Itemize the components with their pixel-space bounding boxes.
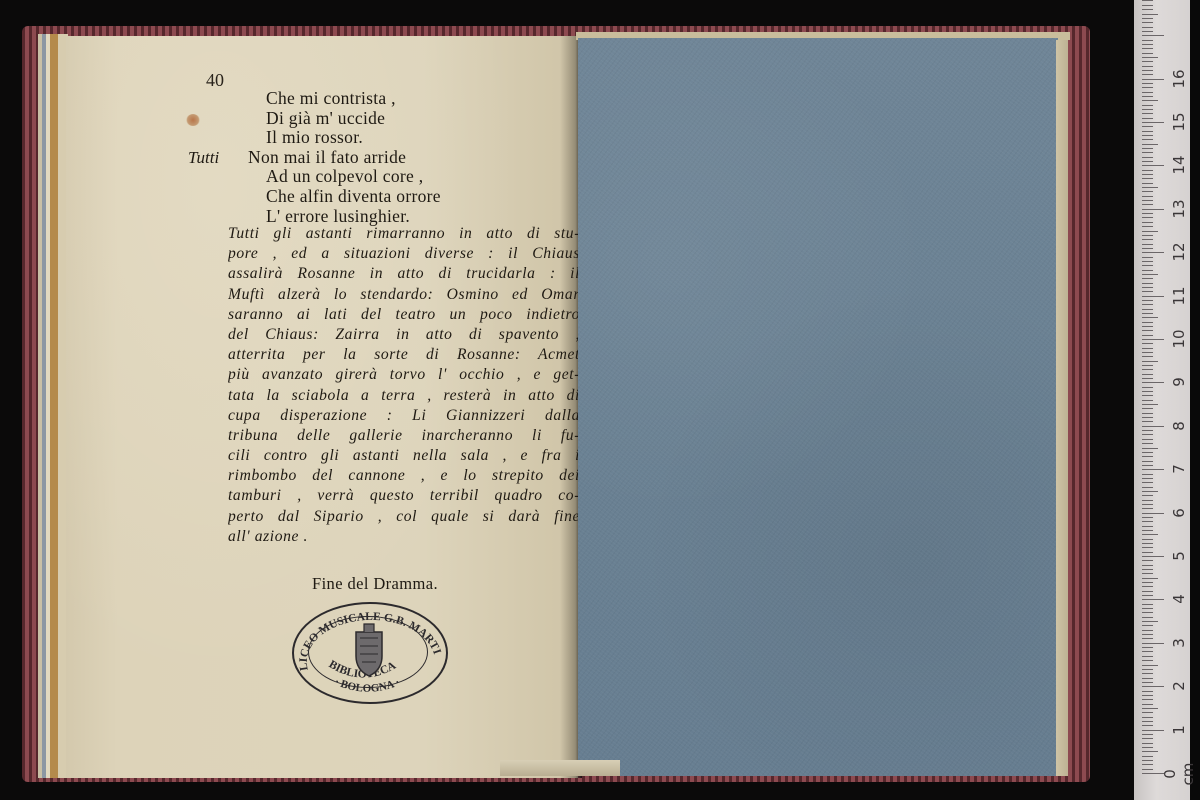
library-stamp: LICEO MUSICALE G.B. MARTINI BIBLIOTECA ·… bbox=[292, 602, 448, 704]
ruler-label: 7 bbox=[1170, 454, 1188, 484]
ruler-tick bbox=[1142, 226, 1153, 227]
ruler-tick bbox=[1142, 764, 1153, 765]
ruler-tick bbox=[1142, 296, 1164, 297]
ruler-tick bbox=[1142, 261, 1153, 262]
ruler-tick bbox=[1142, 252, 1164, 253]
ruler-tick bbox=[1142, 44, 1153, 45]
ruler-tick bbox=[1142, 634, 1153, 635]
ruler-tick bbox=[1142, 578, 1158, 579]
ruler-tick bbox=[1142, 608, 1153, 609]
ruler-tick bbox=[1142, 235, 1153, 236]
ruler-tick bbox=[1142, 747, 1153, 748]
ruler-tick bbox=[1142, 361, 1158, 362]
ruler-tick bbox=[1142, 200, 1153, 201]
ruler-tick bbox=[1142, 0, 1153, 1]
ruler-tick bbox=[1142, 14, 1158, 15]
ruler-tick bbox=[1142, 721, 1153, 722]
stage-direction-line: assalirà Rosanne in atto di trucidarla :… bbox=[228, 264, 580, 284]
ruler-tick bbox=[1142, 374, 1153, 375]
ruler-tick bbox=[1142, 612, 1153, 613]
ruler-tick bbox=[1142, 74, 1153, 75]
stage-direction-line: cupa disperazione : Li Giannizzeri dalla bbox=[228, 406, 580, 426]
ruler-tick bbox=[1142, 122, 1164, 123]
ruler-label: 8 bbox=[1170, 411, 1188, 441]
ruler-tick bbox=[1142, 487, 1153, 488]
page-stack-edge bbox=[38, 34, 68, 778]
ruler-tick bbox=[1142, 244, 1153, 245]
ruler-tick bbox=[1142, 109, 1153, 110]
ruler-tick bbox=[1142, 465, 1153, 466]
ruler-tick bbox=[1142, 191, 1153, 192]
stage-direction-line: rimbombo del cannone , e lo strepito dei bbox=[228, 466, 580, 486]
ruler-tick bbox=[1142, 704, 1153, 705]
ruler-tick bbox=[1142, 291, 1153, 292]
ruler-label: 12 bbox=[1170, 237, 1188, 267]
ruler-tick bbox=[1142, 452, 1153, 453]
ruler-tick bbox=[1142, 183, 1153, 184]
ruler-tick bbox=[1142, 630, 1153, 631]
ruler-tick bbox=[1142, 461, 1153, 462]
ruler-tick bbox=[1142, 352, 1153, 353]
ruler-tick bbox=[1142, 231, 1158, 232]
ruler-tick bbox=[1142, 83, 1153, 84]
ruler-tick bbox=[1142, 100, 1158, 101]
ruler-tick bbox=[1142, 660, 1153, 661]
ruler-tick bbox=[1142, 31, 1153, 32]
verse-line: Che mi contrista , bbox=[266, 88, 396, 109]
ruler-label: 4 bbox=[1170, 584, 1188, 614]
ruler-tick bbox=[1142, 105, 1153, 106]
ruler-tick bbox=[1142, 404, 1158, 405]
ruler-tick bbox=[1142, 691, 1153, 692]
ruler-tick bbox=[1142, 322, 1153, 323]
ruler-tick bbox=[1142, 96, 1153, 97]
closing-line: Fine del Dramma. bbox=[312, 574, 438, 594]
ruler-tick bbox=[1142, 157, 1153, 158]
ruler-tick bbox=[1142, 421, 1153, 422]
ruler-tick bbox=[1142, 743, 1153, 744]
ruler-tick bbox=[1142, 513, 1164, 514]
ruler-tick bbox=[1142, 478, 1153, 479]
ruler-tick bbox=[1142, 22, 1153, 23]
ruler-tick bbox=[1142, 387, 1153, 388]
ruler-tick bbox=[1142, 382, 1164, 383]
ruler-tick bbox=[1142, 565, 1153, 566]
ruler-tick bbox=[1142, 560, 1153, 561]
ruler-tick bbox=[1142, 304, 1153, 305]
ruler-tick bbox=[1142, 734, 1153, 735]
ruler-tick bbox=[1142, 92, 1153, 93]
ruler-tick bbox=[1142, 582, 1153, 583]
ruler-tick bbox=[1142, 543, 1153, 544]
ruler-tick bbox=[1142, 5, 1153, 6]
ruler-tick bbox=[1142, 131, 1153, 132]
ruler-tick bbox=[1142, 408, 1153, 409]
ruler-label: 14 bbox=[1170, 150, 1188, 180]
ruler-label: 0 cm bbox=[1161, 759, 1197, 789]
ruler-label: 2 bbox=[1170, 671, 1188, 701]
ruler-tick bbox=[1142, 617, 1153, 618]
ruler-tick bbox=[1142, 217, 1153, 218]
ruler-label: 16 bbox=[1170, 64, 1188, 94]
ruler-shadow bbox=[1190, 0, 1200, 800]
ruler-tick bbox=[1142, 257, 1153, 258]
ruler-tick bbox=[1142, 348, 1153, 349]
ruler-tick bbox=[1142, 18, 1153, 19]
ruler-tick bbox=[1142, 369, 1153, 370]
ruler-tick bbox=[1142, 66, 1153, 67]
ruler-tick bbox=[1142, 534, 1158, 535]
ruler-tick bbox=[1142, 300, 1153, 301]
ruler-tick bbox=[1142, 395, 1153, 396]
ruler-tick bbox=[1142, 495, 1153, 496]
ruler-tick bbox=[1142, 591, 1153, 592]
ruler-tick bbox=[1142, 378, 1153, 379]
ruler-tick bbox=[1142, 760, 1153, 761]
ruler-tick bbox=[1142, 717, 1153, 718]
ruler-tick bbox=[1142, 604, 1153, 605]
ruler-label: 11 bbox=[1170, 281, 1188, 311]
ruler-tick bbox=[1142, 178, 1153, 179]
ruler-tick bbox=[1142, 482, 1153, 483]
ruler-tick bbox=[1142, 204, 1153, 205]
stage-direction-line: Tutti gli astanti rimarranno in atto di … bbox=[228, 224, 580, 244]
ruler-tick bbox=[1142, 751, 1158, 752]
verse-line: Ad un colpevol core , bbox=[266, 166, 423, 187]
stage-direction-line: del Chiaus: Zairra in atto di spavento , bbox=[228, 325, 580, 345]
ruler-tick bbox=[1142, 756, 1153, 757]
ruler-tick bbox=[1142, 552, 1153, 553]
ruler-tick bbox=[1142, 517, 1153, 518]
ruler-tick bbox=[1142, 287, 1153, 288]
ruler-tick bbox=[1142, 9, 1153, 10]
ruler-tick bbox=[1142, 283, 1153, 284]
stage-direction-line: più avanzato girerà torvo l' occhio , e … bbox=[228, 365, 580, 385]
page-number: 40 bbox=[206, 70, 224, 91]
ruler-tick bbox=[1142, 113, 1153, 114]
ruler-tick bbox=[1142, 643, 1164, 644]
ruler-tick bbox=[1142, 40, 1153, 41]
ruler-tick bbox=[1142, 317, 1158, 318]
ruler-tick bbox=[1142, 170, 1153, 171]
ruler-tick bbox=[1142, 174, 1153, 175]
ruler-tick bbox=[1142, 504, 1153, 505]
ruler-tick bbox=[1142, 35, 1164, 36]
ruler-tick bbox=[1142, 621, 1158, 622]
ruler-tick bbox=[1142, 330, 1153, 331]
ruler-tick bbox=[1142, 196, 1153, 197]
verse-line: Non mai il fato arride bbox=[248, 147, 406, 168]
ruler-tick bbox=[1142, 391, 1153, 392]
stage-direction-line: saranno ai lati del teatro un poco indie… bbox=[228, 305, 580, 325]
ruler-tick bbox=[1142, 152, 1153, 153]
ruler-tick bbox=[1142, 586, 1153, 587]
ruler-tick bbox=[1142, 339, 1164, 340]
ruler-tick bbox=[1142, 669, 1153, 670]
ruler-tick bbox=[1142, 730, 1164, 731]
ruler-tick bbox=[1142, 61, 1153, 62]
ruler-tick bbox=[1142, 70, 1153, 71]
ruler-tick bbox=[1142, 738, 1153, 739]
ruler-tick bbox=[1142, 126, 1153, 127]
ruler-tick bbox=[1142, 448, 1158, 449]
ruler-tick bbox=[1142, 673, 1153, 674]
ruler-tick bbox=[1142, 725, 1153, 726]
stage-direction-line: atterrita per la sorte di Rosanne: Acmet bbox=[228, 345, 580, 365]
ruler-tick bbox=[1142, 278, 1153, 279]
ruler-tick bbox=[1142, 135, 1153, 136]
ruler-tick bbox=[1142, 712, 1153, 713]
ruler-tick bbox=[1142, 213, 1153, 214]
right-page-edge bbox=[1056, 40, 1068, 776]
ruler-tick bbox=[1142, 678, 1153, 679]
foxing-stain bbox=[186, 114, 200, 126]
ruler-tick bbox=[1142, 430, 1153, 431]
ruler-tick bbox=[1142, 699, 1153, 700]
ruler-tick bbox=[1142, 343, 1153, 344]
stage-direction: Tutti gli astanti rimarranno in atto di … bbox=[228, 224, 580, 547]
ruler-tick bbox=[1142, 274, 1158, 275]
ruler-label: 1 bbox=[1170, 715, 1188, 745]
ruler-tick bbox=[1142, 356, 1153, 357]
ruler-tick bbox=[1142, 647, 1153, 648]
ruler-tick bbox=[1142, 426, 1164, 427]
spine-bottom bbox=[500, 760, 620, 776]
ruler-tick bbox=[1142, 521, 1153, 522]
ruler-tick bbox=[1142, 638, 1153, 639]
ruler-tick bbox=[1142, 686, 1164, 687]
ruler-tick bbox=[1142, 27, 1153, 28]
stage-direction-line: tribuna delle gallerie inarcheranno li f… bbox=[228, 426, 580, 446]
ruler-tick bbox=[1142, 144, 1158, 145]
ruler-tick bbox=[1142, 335, 1153, 336]
ruler-label: 3 bbox=[1170, 628, 1188, 658]
ruler-tick bbox=[1142, 682, 1153, 683]
speaker-label: Tutti bbox=[188, 148, 219, 168]
ruler-tick bbox=[1142, 148, 1153, 149]
ruler-tick bbox=[1142, 539, 1153, 540]
ruler-tick bbox=[1142, 491, 1158, 492]
ruler-label: 15 bbox=[1170, 107, 1188, 137]
ruler-tick bbox=[1142, 53, 1153, 54]
ruler-tick bbox=[1142, 326, 1153, 327]
ruler-tick bbox=[1142, 165, 1164, 166]
ruler-tick bbox=[1142, 57, 1158, 58]
ruler-tick bbox=[1142, 79, 1164, 80]
ruler-tick bbox=[1142, 500, 1153, 501]
ruler-tick bbox=[1142, 400, 1153, 401]
verse-line: Che alfin diventa orrore bbox=[266, 186, 441, 207]
ruler-tick bbox=[1142, 48, 1153, 49]
ruler-tick bbox=[1142, 248, 1153, 249]
stage-direction-line: pore , ed a situazioni diverse : il Chia… bbox=[228, 244, 580, 264]
ruler-tick bbox=[1142, 118, 1153, 119]
stage-direction-line: tata la sciabola a terra , resterà in at… bbox=[228, 386, 580, 406]
ruler-tick bbox=[1142, 434, 1153, 435]
ruler-tick bbox=[1142, 469, 1164, 470]
ruler-label: 10 bbox=[1170, 324, 1188, 354]
ruler-tick bbox=[1142, 656, 1153, 657]
right-page-blue-endpaper bbox=[578, 38, 1058, 776]
ruler-tick bbox=[1142, 270, 1153, 271]
verse-line: Il mio rossor. bbox=[266, 127, 363, 148]
ruler-tick bbox=[1142, 599, 1164, 600]
ruler-tick bbox=[1142, 456, 1153, 457]
ruler-tick bbox=[1142, 187, 1158, 188]
stage-direction-line: cili contro gli astanti nella sala , e f… bbox=[228, 446, 580, 466]
ruler-tick bbox=[1142, 222, 1153, 223]
ruler-label: 9 bbox=[1170, 367, 1188, 397]
ruler-tick bbox=[1142, 161, 1153, 162]
ruler-tick bbox=[1142, 526, 1153, 527]
coat-of-arms-icon bbox=[356, 624, 382, 676]
ruler-tick bbox=[1142, 651, 1153, 652]
stage-direction-line: perto dal Sipario , col quale si darà fi… bbox=[228, 507, 580, 527]
ruler-tick bbox=[1142, 209, 1164, 210]
ruler-tick bbox=[1142, 547, 1153, 548]
stage-direction-line: Muftì alzerà lo stendardo: Osmino ed Oma… bbox=[228, 285, 580, 305]
ruler-tick bbox=[1142, 530, 1153, 531]
ruler-label: 6 bbox=[1170, 498, 1188, 528]
ruler-tick bbox=[1142, 769, 1153, 770]
ruler-tick bbox=[1142, 417, 1153, 418]
ruler-tick bbox=[1142, 474, 1153, 475]
ruler-label: 13 bbox=[1170, 194, 1188, 224]
ruler-label: 5 bbox=[1170, 541, 1188, 571]
ruler-tick bbox=[1142, 508, 1153, 509]
ruler-tick bbox=[1142, 443, 1153, 444]
stage-direction-line: all' azione . bbox=[228, 527, 580, 547]
ruler-tick bbox=[1142, 309, 1153, 310]
ruler-tick bbox=[1142, 569, 1153, 570]
ruler-tick bbox=[1142, 439, 1153, 440]
ruler-tick bbox=[1142, 625, 1153, 626]
ruler-tick bbox=[1142, 87, 1153, 88]
ruler-tick bbox=[1142, 695, 1153, 696]
verse-line: Di già m' uccide bbox=[266, 108, 385, 129]
ruler-tick bbox=[1142, 139, 1153, 140]
ruler-tick bbox=[1142, 556, 1164, 557]
ruler-tick bbox=[1142, 595, 1153, 596]
ruler-tick bbox=[1142, 313, 1153, 314]
ruler-tick bbox=[1142, 239, 1153, 240]
stage-direction-line: tamburi , verrà questo terribil quadro c… bbox=[228, 486, 580, 506]
ruler-tick bbox=[1142, 365, 1153, 366]
ruler-tick bbox=[1142, 708, 1158, 709]
ruler-tick bbox=[1142, 573, 1153, 574]
ruler-tick bbox=[1142, 665, 1158, 666]
ruler-tick bbox=[1142, 413, 1153, 414]
ruler-tick bbox=[1142, 265, 1153, 266]
stamp-text: LICEO MUSICALE G.B. MARTINI BIBLIOTECA ·… bbox=[294, 604, 446, 702]
